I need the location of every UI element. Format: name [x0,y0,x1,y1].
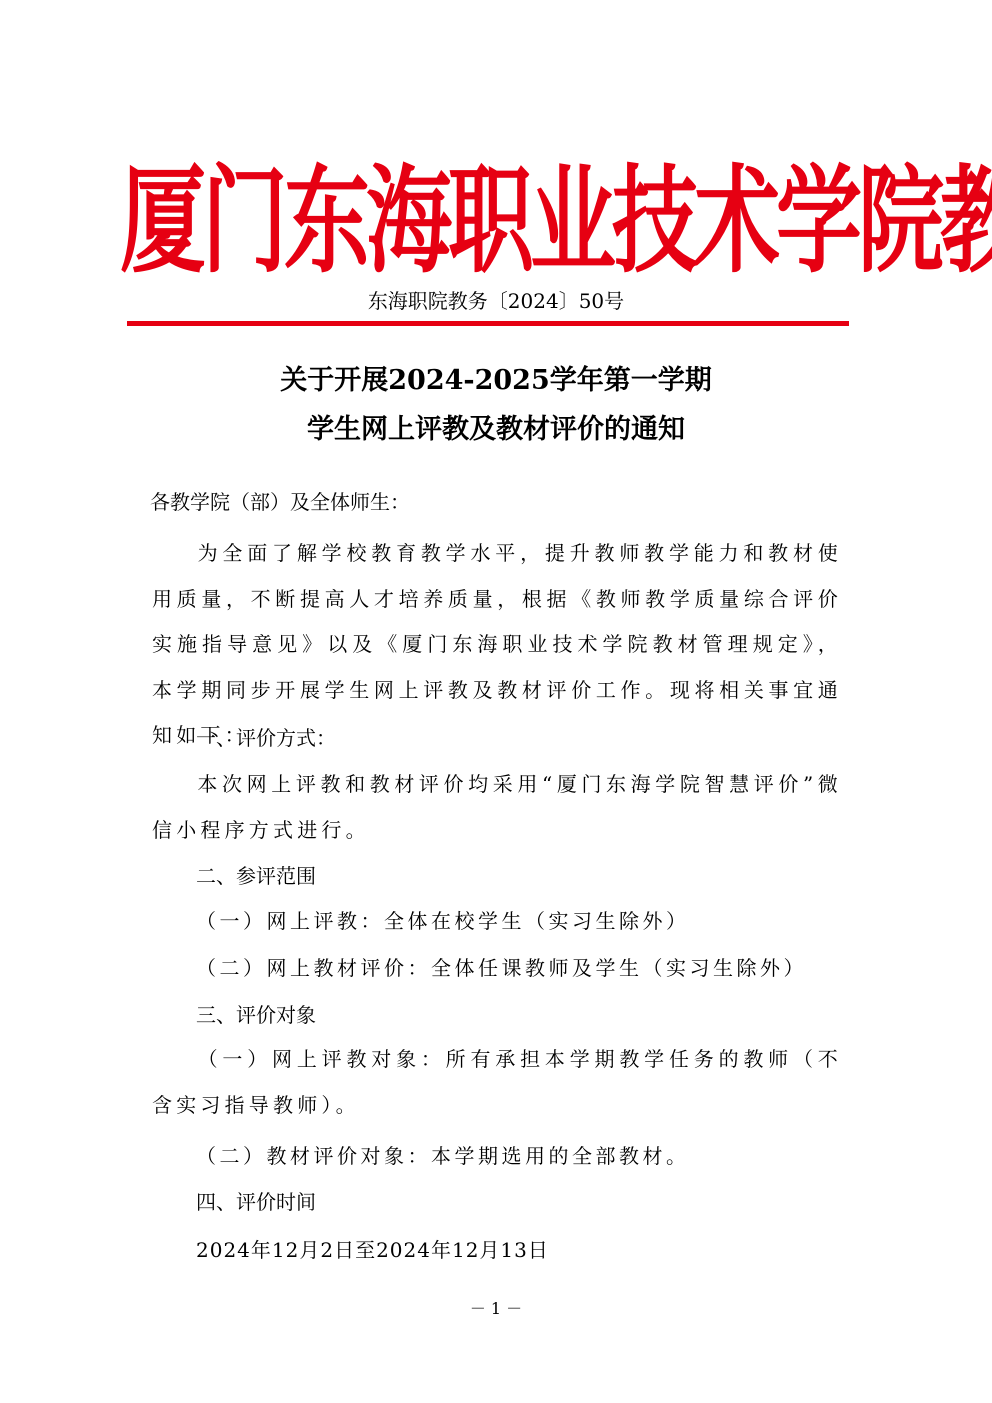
notice-title-line-1: 关于开展2024-2025学年第一学期 [0,361,992,401]
page-number: － 1 － [0,1297,992,1321]
masthead-title: 厦门东海职业技术学院教务处 [120,138,872,307]
notice-title-line-2: 学生网上评教及教材评价的通知 [0,410,992,450]
salutation: 各教学院（部）及全体师生： [150,486,410,518]
targets-item-2: （二）教材评价对象：本学期选用的全部教材。 [196,1140,690,1172]
section-heading-targets: 三、评价对象 [196,999,316,1031]
evaluation-period: 2024年12月2日至2024年12月13日 [196,1234,549,1266]
section-heading-method: 一、评价方式： [196,722,336,754]
method-text: 本次网上评教和教材评价均采用“厦门东海学院智慧评价”微信小程序方式进行。 [152,772,842,842]
targets-item-1-text: （一）网上评教对象：所有承担本学期教学任务的教师（不含实习指导教师）。 [152,1047,842,1117]
section-heading-scope: 二、参评范围 [196,860,316,892]
targets-item-1: （一）网上评教对象：所有承担本学期教学任务的教师（不含实习指导教师）。 [152,1037,842,1128]
intro-text: 为全面了解学校教育教学水平，提升教师教学能力和教材使用质量，不断提高人才培养质量… [152,541,842,747]
scope-item-2: （二）网上教材评价：全体任课教师及学生（实习生除外） [196,952,807,984]
red-divider [127,321,849,326]
document-number: 东海职院教务〔2024〕50号 [0,285,992,317]
method-paragraph: 本次网上评教和教材评价均采用“厦门东海学院智慧评价”微信小程序方式进行。 [152,762,842,853]
scope-item-1: （一）网上评教：全体在校学生（实习生除外） [196,905,690,937]
section-heading-time: 四、评价时间 [196,1186,316,1218]
